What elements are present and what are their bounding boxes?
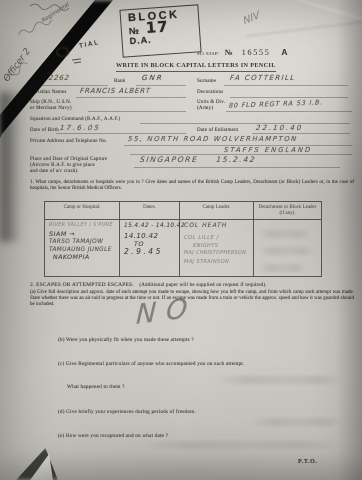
surname-value: FA COTTERILL bbox=[230, 74, 296, 82]
camp-entry: SIAM → bbox=[49, 230, 117, 238]
field-underline bbox=[56, 133, 186, 134]
col-camp-or-hospital: Camp or Hospital. bbox=[45, 202, 119, 219]
address-value-line1: 55, NORTH ROAD WOLVERHAMPTON bbox=[128, 135, 299, 143]
enlistment-value: 22.10.40 bbox=[256, 124, 304, 132]
date-of-birth-value: 17.6.05 bbox=[60, 124, 102, 132]
christian-names-value: FRANCIS ALBERT bbox=[80, 87, 152, 95]
cell-dates: 15.4.42 - 14.10.42 14.10.42 TO 2.9.45 bbox=[119, 220, 179, 276]
camp-entry: NAKOMPIA bbox=[53, 254, 117, 262]
question-2b: (b) Were you physically fit when you mad… bbox=[58, 337, 194, 343]
field-underline bbox=[88, 111, 186, 112]
camp-entry: TAMUAUNG JUNGLE bbox=[49, 246, 117, 254]
ship-label-2: or Merchant Navy) bbox=[30, 106, 72, 111]
ref-suffix: A bbox=[281, 47, 287, 57]
instruction-heading: WRITE IN BLOCK CAPITAL LETTERS IN PENCIL bbox=[116, 62, 276, 72]
ship-label: Ship (R.N., U.S.N. bbox=[30, 100, 71, 105]
camp-table-header: Camp or Hospital. Dates. Camp Leader. De… bbox=[45, 202, 321, 220]
edge-shadow bbox=[0, 92, 22, 242]
question-2c: (c) Give Regimental particulars of anyon… bbox=[58, 361, 244, 367]
section-2-note: (Additional paper will be supplied on re… bbox=[139, 283, 266, 288]
col-dates: Dates. bbox=[119, 202, 179, 219]
camp-table: Camp or Hospital. Dates. Camp Leader. De… bbox=[44, 201, 322, 277]
leader-entry: COL LILLE / bbox=[184, 234, 251, 242]
col-detachment-leader: Detachment or Block Leader (if any). bbox=[253, 202, 321, 219]
pencil-smudge bbox=[250, 418, 342, 426]
squadron-label: Squadron and Command (R.A.F., A.A.F.) bbox=[30, 117, 120, 122]
cell-detachment bbox=[253, 220, 321, 276]
pencil-smudge bbox=[140, 441, 340, 449]
field-underline bbox=[134, 167, 340, 168]
capture-value: SINGAPORE 15.2.42 bbox=[140, 155, 257, 164]
field-underline bbox=[252, 133, 350, 134]
cell-camps: RIVER VALLEY / S'PORE SIAM → TARSO TAMAJ… bbox=[45, 220, 119, 276]
capture-label-3: and date of a/c crash). bbox=[30, 169, 79, 174]
reference-number-line: M.I. 9/JAP/№16555A bbox=[197, 42, 288, 60]
rank-label: Rank bbox=[114, 79, 125, 84]
date-entry: 2.9.45 bbox=[124, 248, 177, 256]
leader-entry: MAJ CHRISTOPHERSON bbox=[184, 250, 251, 258]
field-underline bbox=[140, 123, 350, 124]
enlistment-label: Date of Enlistment bbox=[197, 128, 238, 133]
field-underline bbox=[136, 85, 186, 86]
units-div-label: Units & Div. bbox=[197, 100, 225, 105]
address-value-line2: STAFFS ENGLAND bbox=[224, 146, 313, 154]
pencil-smudge bbox=[215, 376, 345, 384]
scanned-pow-form: TIAL M.I. 9/JAP/№16555A WRITE IN BLOCK C… bbox=[0, 0, 362, 480]
ref-no-sign: № bbox=[225, 48, 233, 57]
capture-label-2: (Aircrew R.A.F. to give place bbox=[30, 163, 95, 168]
field-underline bbox=[76, 97, 186, 98]
question-1: 1. What camps, detachments or hospitals … bbox=[30, 180, 354, 192]
field-underline bbox=[226, 111, 352, 112]
camp-entry: RIVER VALLEY / S'PORE bbox=[49, 222, 117, 230]
leader-entry: MAJ STRAINSON bbox=[184, 258, 251, 266]
capture-label: Place and Date of Original Capture bbox=[30, 157, 107, 162]
decorations-label: Decorations bbox=[197, 90, 223, 95]
camp-entry: TARSO TAMAJOW bbox=[49, 238, 117, 246]
question-2d: (d) Give briefly your experiences during… bbox=[58, 409, 196, 415]
date-of-birth-label: Date of Birth bbox=[30, 128, 59, 133]
leader-entry: KNIGHTS bbox=[193, 242, 251, 250]
cell-leaders: COL HEATH COL LILLE / KNIGHTS MAJ CHRIST… bbox=[179, 220, 253, 276]
section-2-heading: 2. ESCAPES OR ATTEMPTED ESCAPES. (Additi… bbox=[30, 282, 267, 288]
units-div-label-2: (Army) bbox=[197, 106, 213, 111]
date-entry: 14.10.42 bbox=[124, 232, 177, 240]
leader-entry: COL HEATH bbox=[184, 222, 251, 230]
date-entry: 15.4.42 - 14.10.42 bbox=[124, 222, 177, 230]
question-2c-followup: What happened to them ? bbox=[67, 384, 125, 390]
ref-number: 16555 bbox=[242, 47, 271, 57]
rank-value: GNR bbox=[142, 74, 164, 82]
camp-table-body: RIVER VALLEY / S'PORE SIAM → TARSO TAMAJ… bbox=[45, 220, 321, 276]
block-stamp: BLOCK №17 D.A. bbox=[119, 4, 201, 57]
address-label: Private Address and Telephone No. bbox=[30, 139, 107, 144]
question-2e: (e) How were you recaptured and on what … bbox=[58, 433, 168, 439]
pto-footer: P.T.O. bbox=[298, 459, 317, 465]
field-underline bbox=[230, 97, 348, 98]
col-camp-leader: Camp Leader. bbox=[179, 202, 253, 219]
surname-label: Surname bbox=[197, 79, 216, 84]
field-underline bbox=[224, 85, 348, 86]
section-2-title: 2. ESCAPES OR ATTEMPTED ESCAPES. bbox=[30, 282, 134, 288]
